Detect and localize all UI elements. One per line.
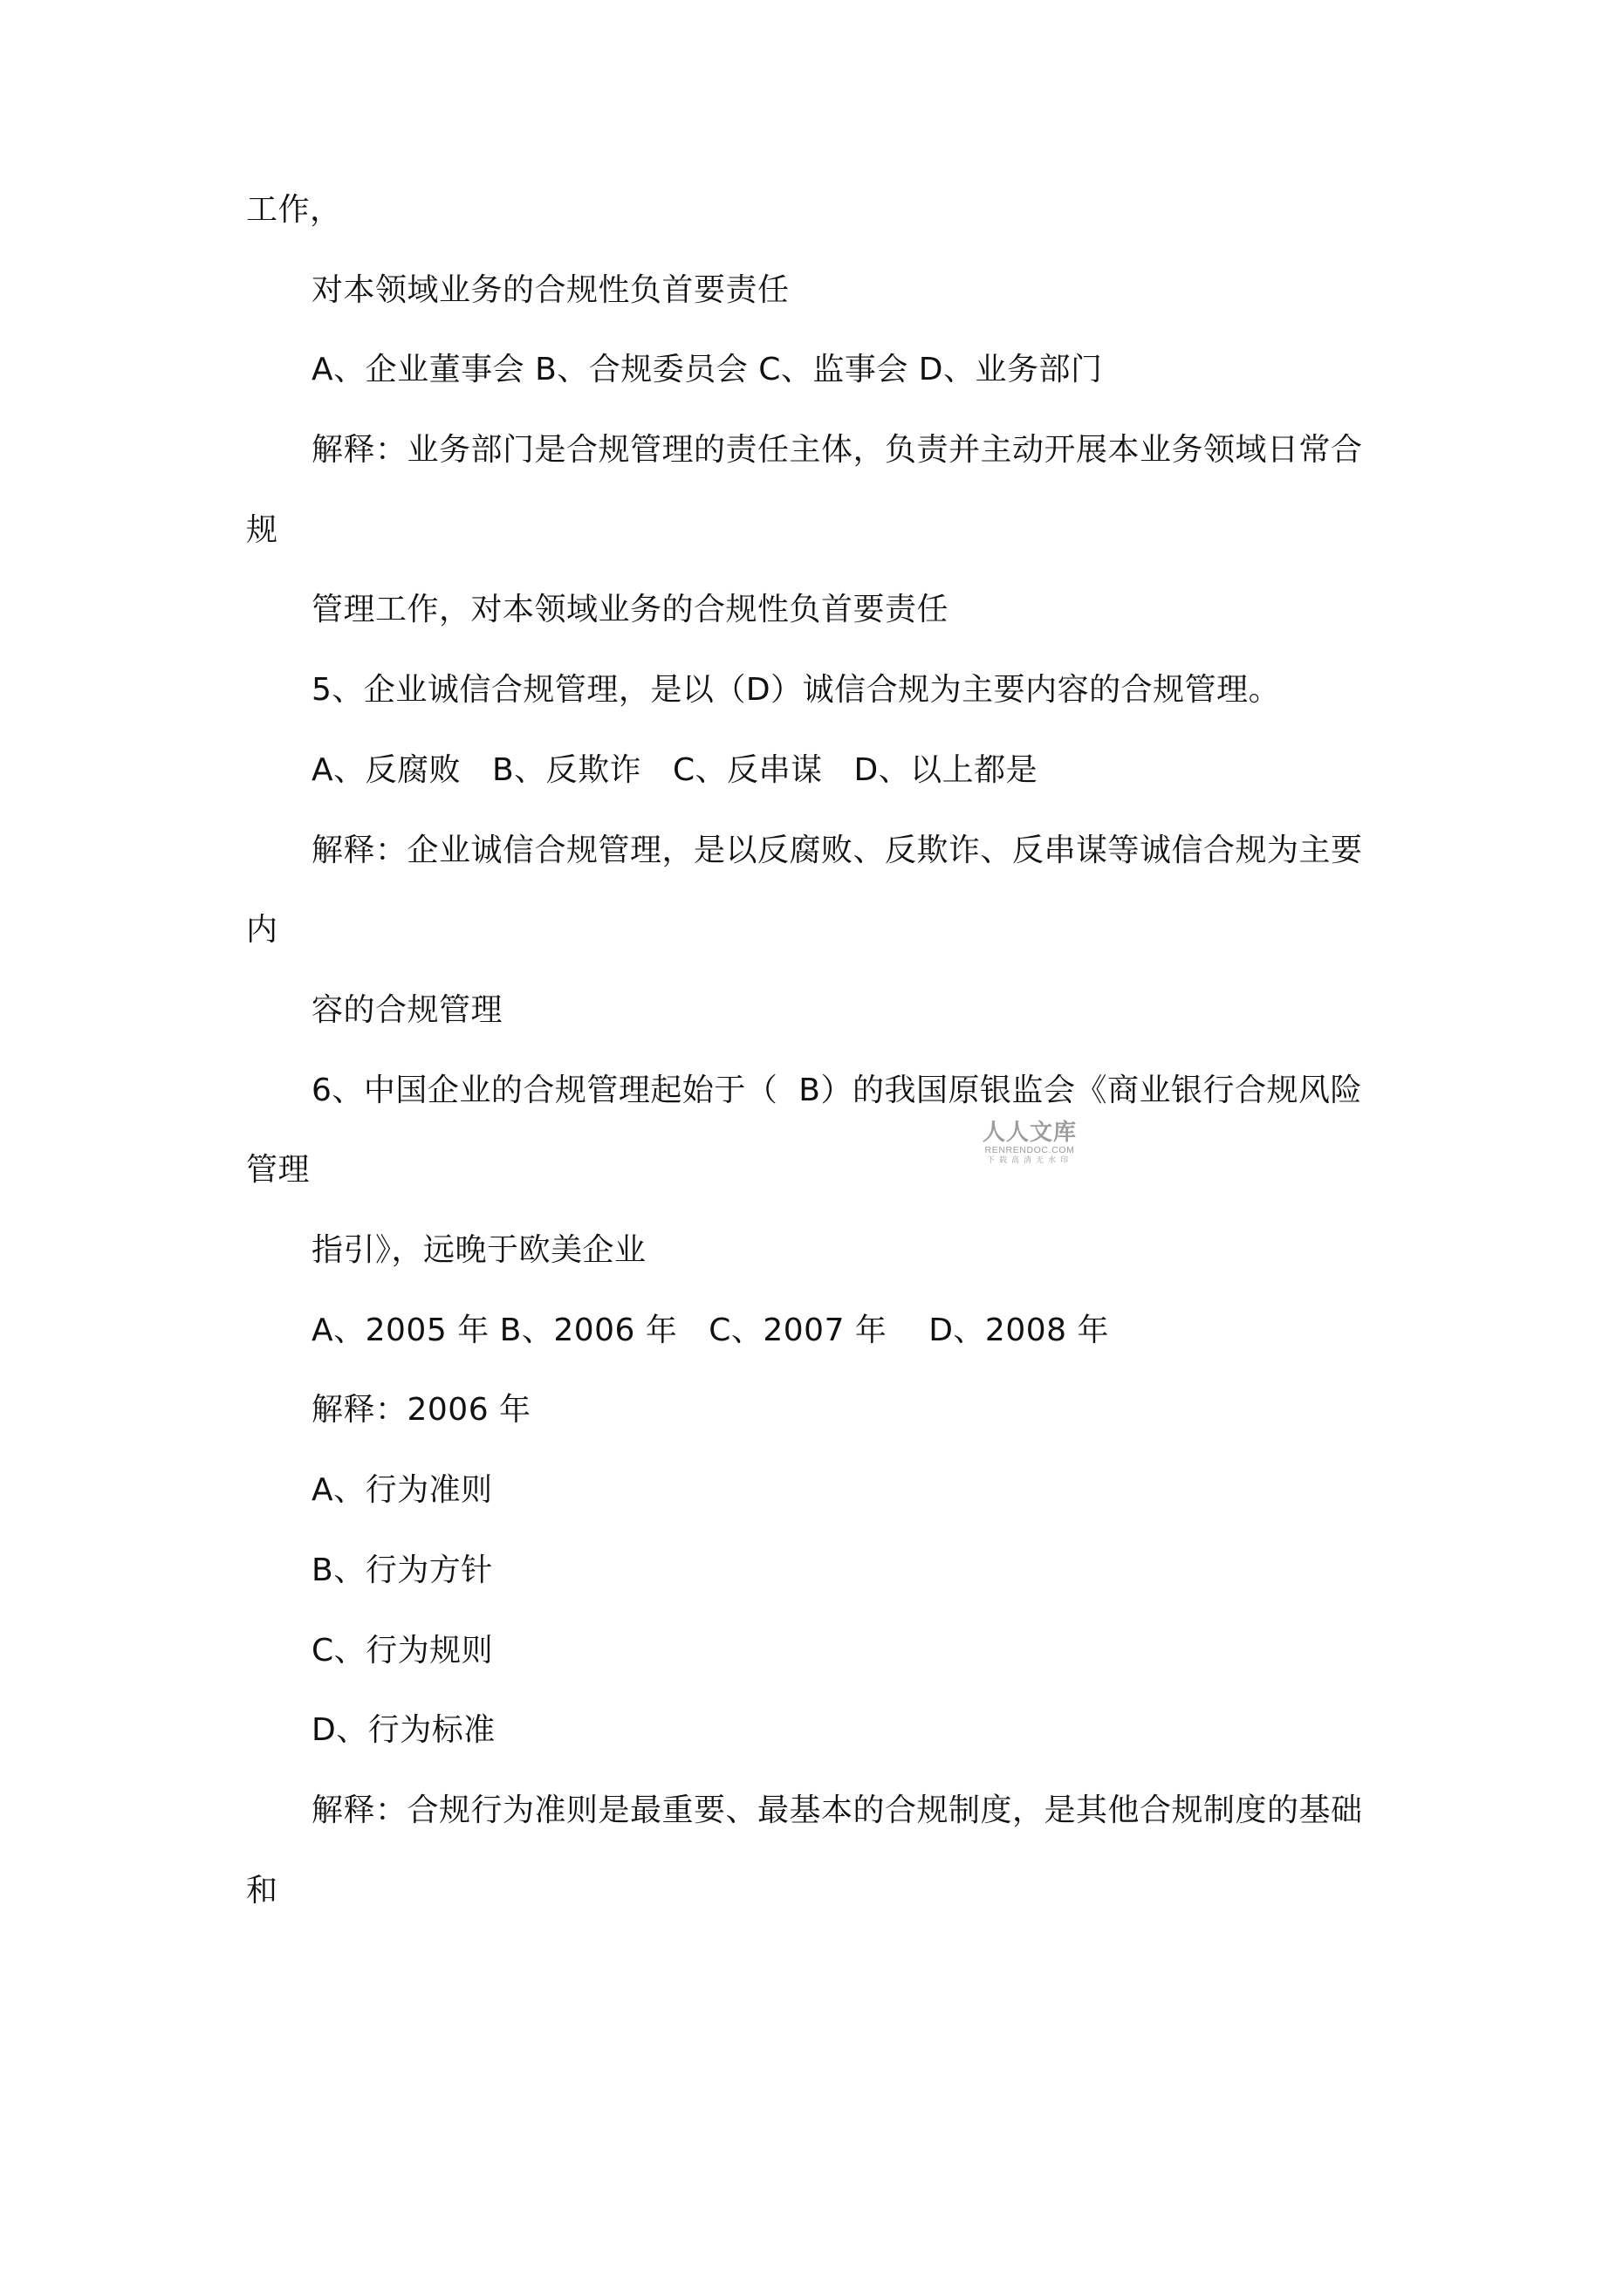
- explanation-line: 解释：2006 年: [312, 1391, 531, 1429]
- question-options: A、企业董事会 B、合规委员会 C、监事会 D、业务部门: [312, 351, 1103, 389]
- watermark-logo: 人人文库 RENRENDOC.COM 下载高清无水印: [974, 1121, 1085, 1166]
- explanation-line: 解释：业务部门是合规管理的责任主体，负责并主动开展本业务领域日常合: [312, 431, 1363, 469]
- question-line: 5、企业诚信合规管理，是以（D）诚信合规为主要内容的合规管理。: [312, 671, 1280, 709]
- option-line: B、行为方针: [312, 1552, 493, 1590]
- watermark-url: RENRENDOC.COM: [974, 1145, 1085, 1155]
- explanation-line: 解释：合规行为准则是最重要、最基本的合规制度，是其他合规制度的基础: [312, 1792, 1363, 1830]
- watermark-subtitle: 下载高清无水印: [974, 1155, 1085, 1166]
- question-line: 6、中国企业的合规管理起始于（ B）的我国原银监会《商业银行合规风险: [312, 1072, 1362, 1110]
- text-line: 管理工作，对本领域业务的合规性负首要责任: [312, 591, 948, 629]
- text-line: 工作，: [246, 191, 342, 230]
- explanation-line: 解释：企业诚信合规管理，是以反腐败、反欺诈、反串谋等诚信合规为主要: [312, 832, 1363, 870]
- text-line: 容的合规管理: [312, 991, 503, 1030]
- text-line: 管理: [246, 1151, 310, 1189]
- option-line: A、行为准则: [312, 1471, 493, 1510]
- question-options: A、反腐败 B、反欺诈 C、反串谋 D、以上都是: [312, 751, 1037, 790]
- text-line: 对本领域业务的合规性负首要责任: [312, 271, 790, 310]
- watermark-title: 人人文库: [974, 1121, 1085, 1145]
- text-line: 和: [246, 1872, 278, 1910]
- option-line: D、行为标准: [312, 1711, 496, 1750]
- text-line: 规: [246, 511, 278, 550]
- text-line: 内: [246, 911, 278, 949]
- text-line: 指引》，远晚于欧美企业: [312, 1231, 647, 1270]
- document-page: 工作， 对本领域业务的合规性负首要责任 A、企业董事会 B、合规委员会 C、监事…: [0, 0, 1623, 2296]
- question-options: A、2005 年 B、2006 年 C、2007 年 D、2008 年: [312, 1312, 1109, 1350]
- option-line: C、行为规则: [312, 1632, 493, 1670]
